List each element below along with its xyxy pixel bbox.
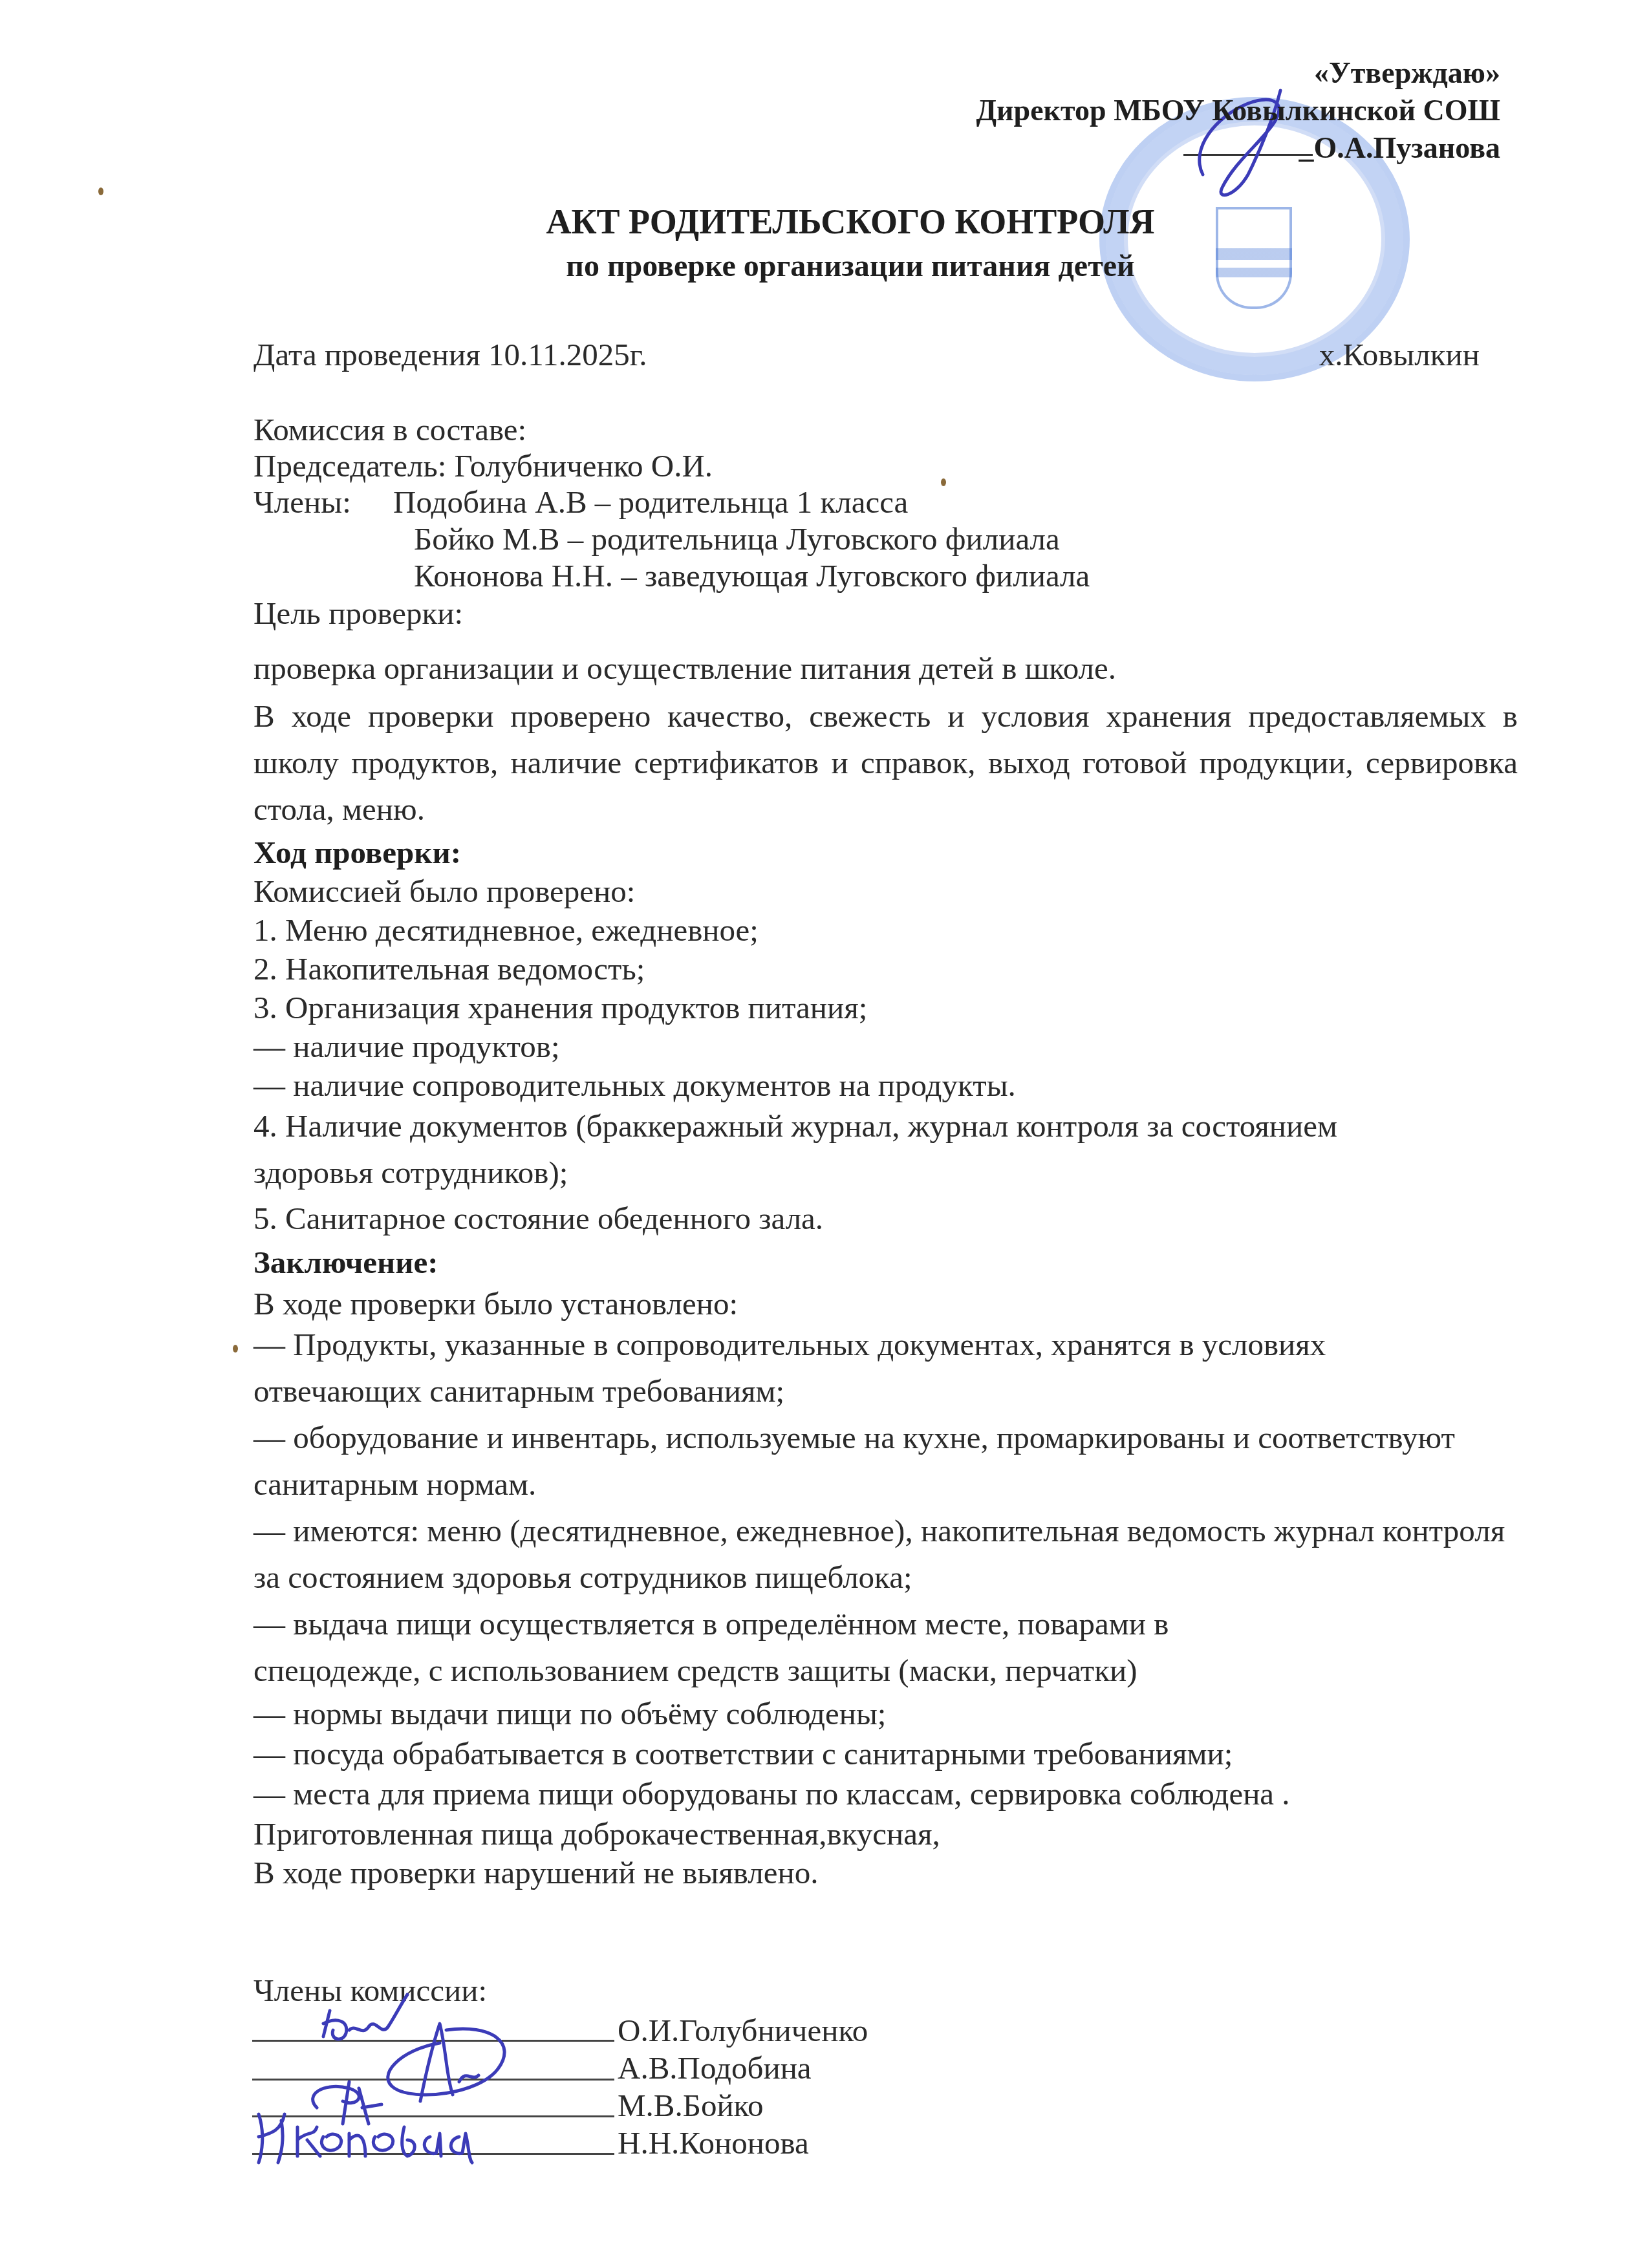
signatory-name: А.В.Подобина: [618, 2049, 812, 2087]
conclusion-item: — оборудование и инвентарь, используемые…: [253, 1415, 1482, 1508]
conclusion-intro: В ходе проверки было установлено:: [253, 1285, 738, 1323]
commission-heading: Комиссия в составе:: [253, 411, 526, 449]
scan-speck: [98, 187, 103, 195]
conclusion-result: В ходе проверки нарушений не выявлено.: [253, 1854, 818, 1892]
progress-item: — наличие продуктов;: [253, 1028, 560, 1065]
signatory-name: М.В.Бойко: [618, 2087, 763, 2124]
document-subtitle: по проверке организации питания детей: [0, 248, 1649, 284]
member-item: Бойко М.В – родительница Луговского фили…: [414, 520, 1060, 558]
members-label: Члены:: [253, 484, 351, 521]
conclusion-item: — посуда обрабатывается в соответствии с…: [253, 1735, 1233, 1773]
goal-details: В ходе проверки проверено качество, свеж…: [253, 693, 1518, 833]
member-item: Кононова Н.Н. – заведующая Луговского фи…: [414, 557, 1090, 595]
conclusion-item: — нормы выдачи пищи по объёму соблюдены;: [253, 1695, 886, 1733]
conclusion-item: — выдача пищи осуществляется в определён…: [253, 1601, 1340, 1694]
progress-item: 2. Накопительная ведомость;: [253, 950, 645, 988]
document-title: АКТ РОДИТЕЛЬСКОГО КОНТРОЛЯ: [0, 202, 1649, 242]
signatory-name: О.И.Голубниченко: [618, 2012, 868, 2049]
conclusion-item: — Продукты, указанные в сопроводительных…: [253, 1321, 1411, 1415]
progress-heading: Ход проверки:: [253, 834, 461, 872]
conclusion-item: — места для приема пищи оборудованы по к…: [253, 1775, 1290, 1813]
scan-speck: [941, 478, 946, 486]
progress-item: — наличие сопроводительных документов на…: [253, 1067, 1016, 1104]
member-item: Подобина А.В – родительнца 1 класса: [393, 484, 908, 521]
scan-speck: [233, 1345, 238, 1353]
signature-kononova-icon: [246, 2101, 608, 2166]
date-line: Дата проведения 10.11.2025г.: [253, 336, 647, 374]
goal-text: проверка организации и осуществление пит…: [253, 650, 1116, 687]
progress-item: 4. Наличие документов (браккеражный журн…: [253, 1103, 1430, 1196]
conclusion-heading: Заключение:: [253, 1244, 438, 1281]
conclusion-quality: Приготовленная пища доброкачественная,вк…: [253, 1815, 940, 1853]
conclusion-item: — имеются: меню (десятидневное, ежедневн…: [253, 1508, 1508, 1601]
progress-item: 1. Меню десятидневное, ежедневное;: [253, 912, 759, 949]
signatory-name: Н.Н.Кононова: [618, 2124, 809, 2162]
progress-item: 3. Организация хранения продуктов питани…: [253, 989, 867, 1027]
progress-item: 5. Санитарное состояние обеденного зала.: [253, 1200, 823, 1237]
progress-intro: Комиссией было проверено:: [253, 873, 635, 910]
approval-name: _О.А.Пузанова: [1299, 129, 1500, 167]
approval-label: «Утверждаю»: [1314, 54, 1500, 92]
place: х.Ковылкин: [1319, 336, 1480, 374]
goal-heading: Цель проверки:: [253, 595, 463, 632]
approval-position: Директор МБОУ Ковылкинской СОШ: [976, 92, 1500, 129]
commission-chair: Председатель: Голубниченко О.И.: [253, 447, 713, 485]
